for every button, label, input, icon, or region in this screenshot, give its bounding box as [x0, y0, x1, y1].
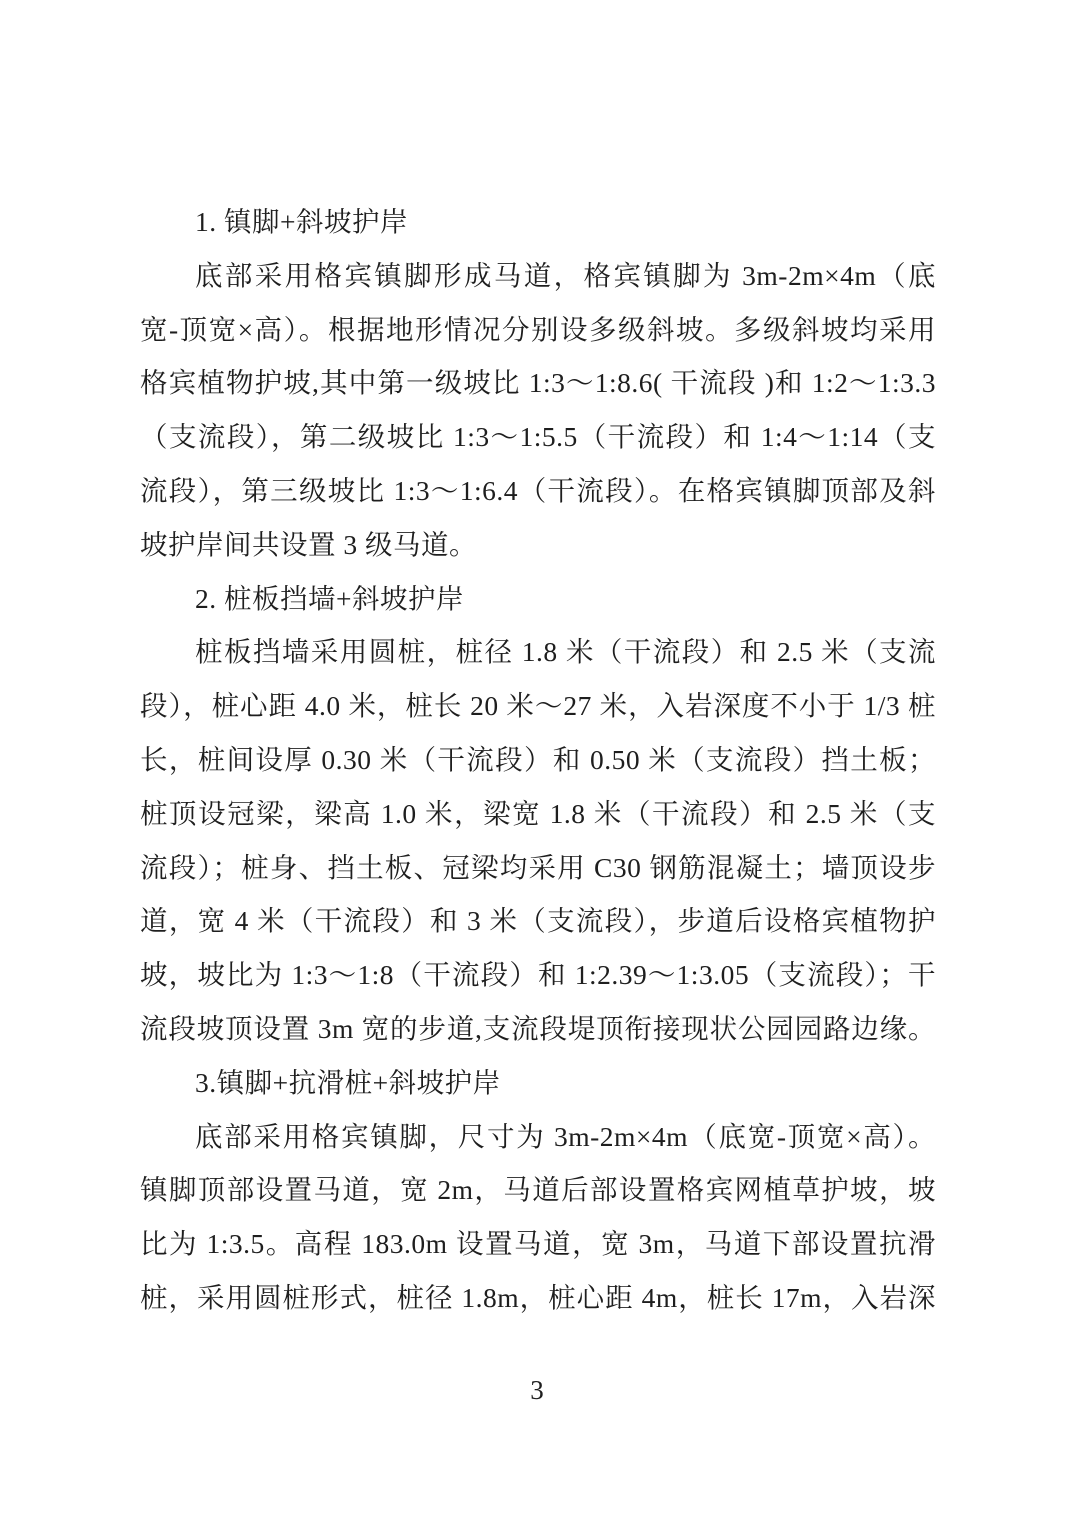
- text-line: 段），桩心距 4.0 米，桩长 20 米～27 米，入岩深度不小于 1/3 桩: [140, 679, 936, 733]
- text-line: 道，宽 4 米（干流段）和 3 米（支流段），步道后设格宾植物护: [140, 894, 936, 948]
- text-line: 桩板挡墙采用圆桩，桩径 1.8 米（干流段）和 2.5 米（支流: [140, 625, 936, 679]
- text-block: 1. 镇脚+斜坡护岸 底部采用格宾镇脚形成马道，格宾镇脚为 3m-2m×4m（底…: [140, 195, 936, 1325]
- text-line: 坡，坡比为 1:3～1:8（干流段）和 1:2.39～1:3.05（支流段）；干: [140, 948, 936, 1002]
- text-line: 桩顶设冠梁，梁高 1.0 米，梁宽 1.8 米（干流段）和 2.5 米（支: [140, 787, 936, 841]
- page-number: 3: [0, 1370, 1074, 1410]
- section-heading-1: 1. 镇脚+斜坡护岸: [140, 195, 936, 249]
- text-line: 流段），第三级坡比 1:3～1:6.4（干流段）。在格宾镇脚顶部及斜: [140, 464, 936, 518]
- text-line: 流段坡顶设置 3m 宽的步道,支流段堤顶衔接现状公园园路边缘。: [140, 1002, 936, 1056]
- text-line: 坡护岸间共设置 3 级马道。: [140, 518, 936, 572]
- text-line: 流段）；桩身、挡土板、冠梁均采用 C30 钢筋混凝土；墙顶设步: [140, 841, 936, 895]
- text-line: （支流段），第二级坡比 1:3～1:5.5（干流段）和 1:4～1:14（支: [140, 410, 936, 464]
- text-line: 镇脚顶部设置马道，宽 2m，马道后部设置格宾网植草护坡，坡: [140, 1163, 936, 1217]
- text-line: 长，桩间设厚 0.30 米（干流段）和 0.50 米（支流段）挡土板；: [140, 733, 936, 787]
- document-page: 1. 镇脚+斜坡护岸 底部采用格宾镇脚形成马道，格宾镇脚为 3m-2m×4m（底…: [0, 0, 1074, 1520]
- text-line: 底部采用格宾镇脚形成马道，格宾镇脚为 3m-2m×4m（底: [140, 249, 936, 303]
- text-line: 桩，采用圆桩形式，桩径 1.8m，桩心距 4m，桩长 17m，入岩深: [140, 1271, 936, 1325]
- text-line: 底部采用格宾镇脚，尺寸为 3m-2m×4m（底宽-顶宽×高）。: [140, 1110, 936, 1164]
- text-line: 格宾植物护坡,其中第一级坡比 1:3～1:8.6( 干流段 )和 1:2～1:3…: [140, 356, 936, 410]
- section-heading-3: 3.镇脚+抗滑桩+斜坡护岸: [140, 1056, 936, 1110]
- text-line: 比为 1:3.5。高程 183.0m 设置马道，宽 3m，马道下部设置抗滑: [140, 1217, 936, 1271]
- section-heading-2: 2. 桩板挡墙+斜坡护岸: [140, 572, 936, 626]
- text-line: 宽-顶宽×高）。根据地形情况分别设多级斜坡。多级斜坡均采用: [140, 303, 936, 357]
